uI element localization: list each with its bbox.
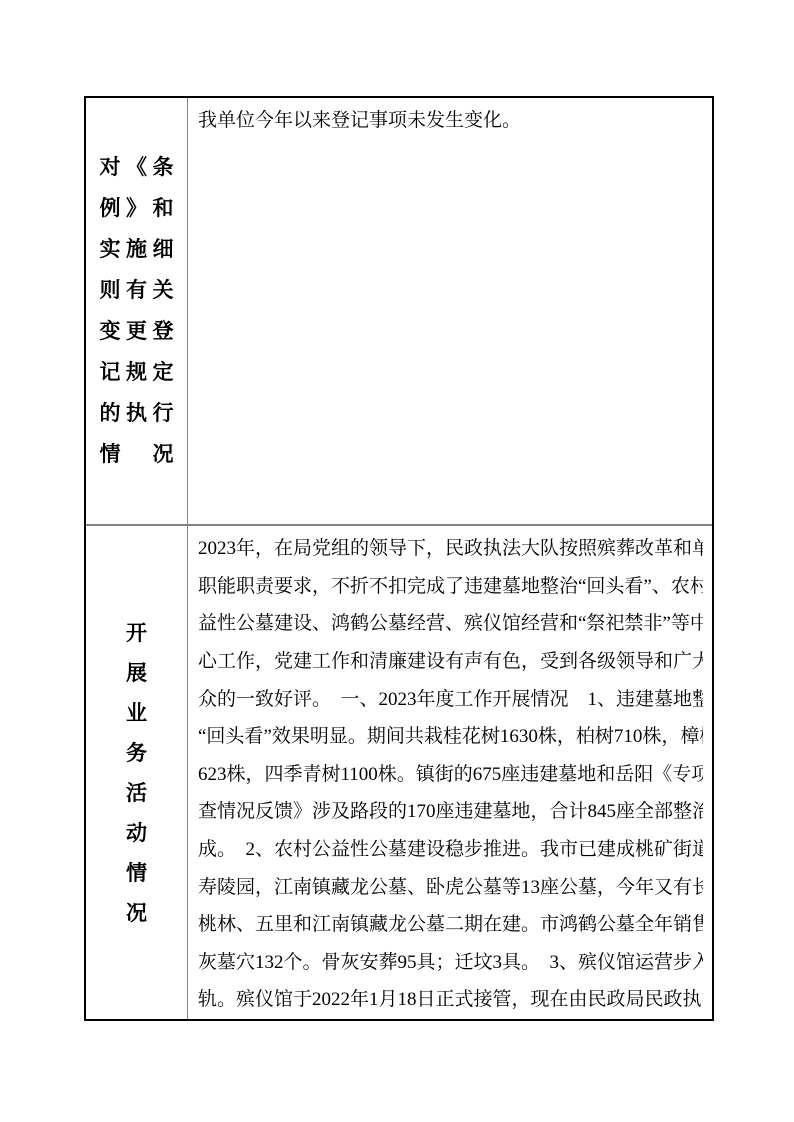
row-content-cell-change-registration: 我单位今年以来登记事项未发生变化。	[188, 98, 712, 524]
text-line: 开	[122, 613, 152, 653]
text-line: 桃林、五里和江南镇藏龙公墓二期在建。市鸿鹤公墓全年销售骨	[198, 906, 703, 944]
text-line: 则有关	[100, 270, 174, 311]
text-line: “回头看”效果明显。期间共栽桂花树1630株，柏树710株，樟树	[198, 718, 703, 756]
row-content-cell-business-activities: 2023年，在局党组的领导下，民政执法大队按照殡葬改革和单位职能职责要求，不折不…	[188, 526, 712, 1019]
text-line: 活	[122, 773, 152, 813]
report-table: 对《条例》和实施细则有关变更登记规定的执行情 况 我单位今年以来登记事项未发生变…	[84, 96, 714, 1021]
text-line: 2023年，在局党组的领导下，民政执法大队按照殡葬改革和单位	[198, 530, 703, 568]
text-line: 轨。殡仪馆于2022年1月18日正式接管，现在由民政局民政执法	[198, 981, 703, 1019]
text-line: 职能职责要求，不折不扣完成了违建墓地整治“回头看”、农村公	[198, 568, 703, 606]
text-line: 实施细	[100, 229, 174, 270]
table-row-business-activities: 开展业务活动情况 2023年，在局党组的领导下，民政执法大队按照殡葬改革和单位职…	[86, 526, 712, 1019]
document-page: 对《条例》和实施细则有关变更登记规定的执行情 况 我单位今年以来登记事项未发生变…	[0, 0, 794, 1122]
text-line: 动	[122, 813, 152, 853]
text-line: 心工作，党建工作和清廉建设有声有色，受到各级领导和广大群	[198, 643, 703, 681]
text-line: 业	[122, 693, 152, 733]
text-line: 寿陵园，江南镇藏龙公墓、卧虎公墓等13座公墓，今年又有长塘、	[198, 869, 703, 907]
change-registration-text: 我单位今年以来登记事项未发生变化。	[198, 102, 703, 140]
row-label-cell-change-registration: 对《条例》和实施细则有关变更登记规定的执行情 况	[86, 98, 188, 524]
text-line: 情 况	[100, 434, 174, 475]
text-line: 查情况反馈》涉及路段的170座违建墓地，合计845座全部整治完	[198, 793, 703, 831]
row-label-cell-business-activities: 开展业务活动情况	[86, 526, 188, 1019]
text-line: 记规定	[100, 352, 174, 393]
text-line: 务	[122, 733, 152, 773]
text-line: 对《条	[100, 147, 174, 188]
text-line: 的执行	[100, 393, 174, 434]
business-activities-text: 2023年，在局党组的领导下，民政执法大队按照殡葬改革和单位职能职责要求，不折不…	[198, 530, 703, 1019]
text-line: 623株，四季青树1100株。镇街的675座违建墓地和岳阳《专项督	[198, 756, 703, 794]
text-line: 况	[122, 893, 152, 933]
text-line: 情	[122, 853, 152, 893]
row-label-business-activities: 开展业务活动情况	[122, 613, 152, 933]
text-line: 众的一致好评。 一、2023年度工作开展情况 1、违建墓地整治	[198, 681, 703, 719]
text-line: 我单位今年以来登记事项未发生变化。	[198, 102, 703, 140]
row-label-change-registration: 对《条例》和实施细则有关变更登记规定的执行情 况	[100, 147, 174, 475]
text-line: 变更登	[100, 311, 174, 352]
text-line: 展	[122, 653, 152, 693]
text-line: 成。 2、农村公益性公墓建设稳步推进。我市已建成桃矿街道福	[198, 831, 703, 869]
table-row-change-registration: 对《条例》和实施细则有关变更登记规定的执行情 况 我单位今年以来登记事项未发生变…	[86, 98, 712, 526]
text-line: 灰墓穴132个。骨灰安葬95具；迁坟3具。 3、殡仪馆运营步入正	[198, 944, 703, 982]
text-line: 益性公墓建设、鸿鹤公墓经营、殡仪馆经营和“祭祀禁非”等中	[198, 605, 703, 643]
text-line: 例》和	[100, 188, 174, 229]
